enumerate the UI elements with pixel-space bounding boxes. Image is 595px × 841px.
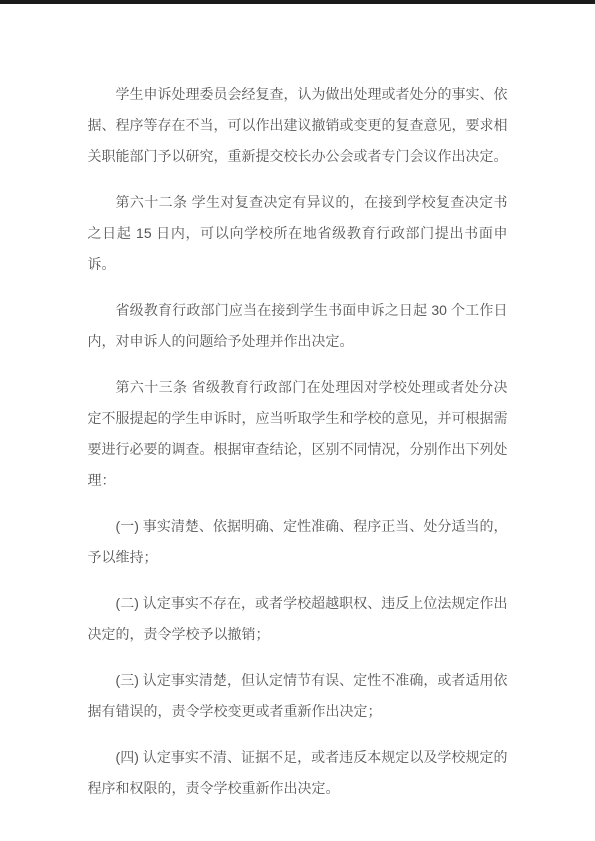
paragraph-item-3: (三) 认定事实清楚，但认定情节有误、定性不准确，或者适用依据有错误的，责令学校… bbox=[88, 665, 508, 727]
page: { "page": { "background": "#ffffff", "to… bbox=[0, 0, 595, 841]
paragraph-article-63: 第六十三条 省级教育行政部门在处理因对学校处理或者处分决定不服提起的学生申诉时，… bbox=[88, 372, 508, 496]
paragraph-item-2: (二) 认定事实不存在，或者学校超越职权、违反上位法规定作出决定的，责令学校予以… bbox=[88, 588, 508, 650]
paragraph-review-committee: 学生申诉处理委员会经复查，认为做出处理或者处分的事实、依据、程序等存在不当，可以… bbox=[88, 79, 508, 172]
paragraph-item-1: (一) 事实清楚、依据明确、定性准确、程序正当、处分适当的，予以维持； bbox=[88, 511, 508, 573]
paragraph-provincial-authority: 省级教育行政部门应当在接到学生书面申诉之日起 30 个工作日内，对申诉人的问题给… bbox=[88, 295, 508, 357]
document-body: 学生申诉处理委员会经复查，认为做出处理或者处分的事实、依据、程序等存在不当，可以… bbox=[88, 4, 508, 804]
paragraph-item-4: (四) 认定事实不清、证据不足，或者违反本规定以及学校规定的程序和权限的，责令学… bbox=[88, 742, 508, 804]
paragraph-article-62: 第六十二条 学生对复查决定有异议的，在接到学校复查决定书之日起 15 日内，可以… bbox=[88, 187, 508, 280]
